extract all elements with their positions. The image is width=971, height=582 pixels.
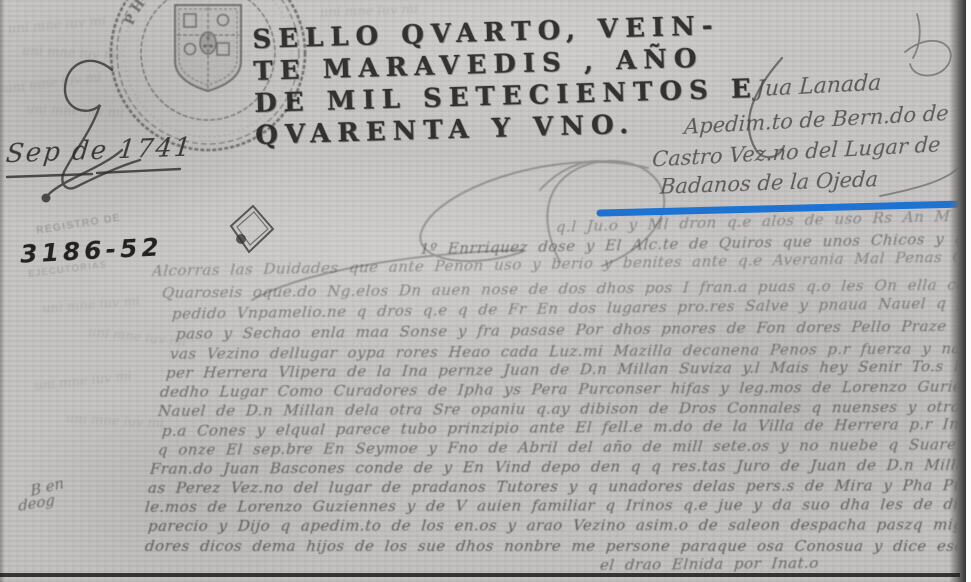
date-note: Sep de 1741 (4, 133, 194, 170)
scan-edge-left (0, 0, 5, 582)
body-line: le.mos de Lorenzo Guziennes y de V auien… (144, 495, 959, 516)
bleedthrough-mark: uni mne iuv mi (66, 411, 165, 431)
scan-edge-white-strip (966, 0, 971, 582)
handwriting-place: Badanos de la Ojeda (659, 167, 879, 199)
document-scan-page: uni mne iuv mi uni mne iuv mi uni mne iu… (0, 0, 971, 582)
bleedthrough-mark: uni mne iuv mi (33, 369, 132, 394)
handwriting-name: Jua Lanada (755, 71, 881, 103)
scan-edge-bottom-line (0, 573, 960, 577)
bleedthrough-mark: uni mne iuv mi (22, 43, 121, 63)
registro-stamp: REGISTRO DE (36, 212, 122, 236)
diamond-mark (231, 206, 273, 252)
body-line: el drao Elnida por Inat.o (599, 553, 940, 574)
body-line: parecio y Dijo q apedim.to de los en.os … (147, 516, 959, 535)
body-line: as Perez Vez.no del lugar de pradanos Tu… (147, 476, 959, 497)
bleedthrough-mark: uni mne iuv mi (8, 14, 107, 37)
bleedthrough-mark: uni mne iuv mi (3, 70, 102, 97)
date-underline (7, 169, 180, 177)
seal-ring-text: PHILIPPVS · V · D · G · HISPANIARVM · RE… (121, 0, 217, 57)
bleedthrough-mark: uni mne iuv mi (42, 294, 141, 317)
scan-edge-shadow (949, 0, 967, 582)
seal-coat-of-arms (175, 5, 241, 91)
bleedthrough-mark: uni mne iuv mi (320, 2, 419, 20)
body-line: Fran.do Juan Bascones conde de y En Vind… (149, 456, 958, 478)
bleedthrough-mark: uni mne iuv mi (26, 102, 125, 120)
body-line: dores dicos dema hijos de los sue dhos n… (144, 537, 959, 555)
svg-text:PHILIPPVS · V · D · G · HISPAN: PHILIPPVS · V · D · G · HISPANIARVM · RE… (121, 0, 217, 57)
margin-note: deog (18, 491, 55, 516)
